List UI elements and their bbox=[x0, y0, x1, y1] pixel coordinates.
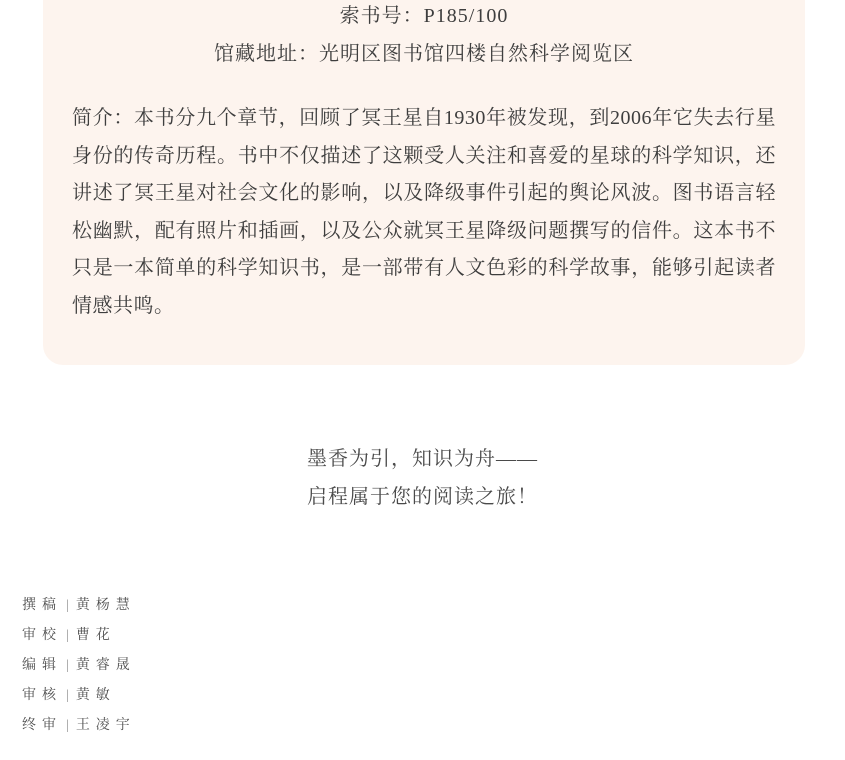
credit-row-final-reviewer: 终审|王凌宇 bbox=[22, 711, 136, 741]
credit-name: 黄睿晟 bbox=[76, 658, 136, 673]
call-number: 索书号：P185/100 bbox=[43, 2, 805, 30]
credit-name: 曹花 bbox=[76, 628, 116, 643]
credit-role: 撰稿 bbox=[22, 598, 62, 613]
slogan-line-1: 墨香为引，知识为舟—— bbox=[0, 440, 845, 478]
credit-row-reviewer: 审核|黄敏 bbox=[22, 681, 136, 711]
book-info-card: 索书号：P185/100 馆藏地址：光明区图书馆四楼自然科学阅览区 简介：本书分… bbox=[43, 0, 805, 365]
credit-separator: | bbox=[66, 628, 75, 643]
credit-role: 审核 bbox=[22, 688, 62, 703]
credit-name: 黄敏 bbox=[76, 688, 116, 703]
credit-role: 审校 bbox=[22, 628, 62, 643]
credit-row-proofreader: 审校|曹花 bbox=[22, 621, 136, 651]
article-page: 索书号：P185/100 馆藏地址：光明区图书馆四楼自然科学阅览区 简介：本书分… bbox=[0, 0, 845, 760]
slogan: 墨香为引，知识为舟—— 启程属于您的阅读之旅！ bbox=[0, 440, 845, 516]
credit-separator: | bbox=[66, 718, 75, 733]
credits: 撰稿|黄杨慧 审校|曹花 编辑|黄睿晟 审核|黄敏 终审|王凌宇 bbox=[22, 591, 136, 741]
credit-role: 终审 bbox=[22, 718, 62, 733]
book-intro-paragraph: 简介：本书分九个章节，回顾了冥王星自1930年被发现，到2006年它失去行星身份… bbox=[72, 100, 776, 326]
credit-name: 黄杨慧 bbox=[76, 598, 136, 613]
credit-separator: | bbox=[66, 658, 75, 673]
credit-role: 编辑 bbox=[22, 658, 62, 673]
credit-name: 王凌宇 bbox=[76, 718, 136, 733]
collection-location: 馆藏地址：光明区图书馆四楼自然科学阅览区 bbox=[43, 40, 805, 68]
credit-row-writer: 撰稿|黄杨慧 bbox=[22, 591, 136, 621]
credit-separator: | bbox=[66, 598, 75, 613]
credit-row-editor: 编辑|黄睿晟 bbox=[22, 651, 136, 681]
slogan-line-2: 启程属于您的阅读之旅！ bbox=[0, 478, 845, 516]
credit-separator: | bbox=[66, 688, 75, 703]
